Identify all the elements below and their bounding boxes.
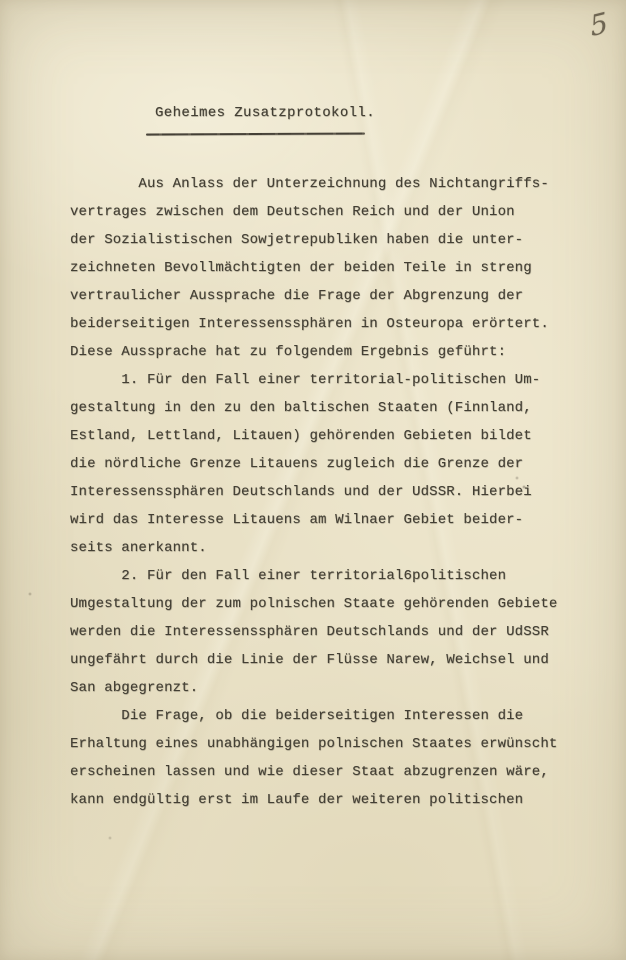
text-line: seits anerkannt. [70,534,557,562]
text-line: werden die Interessenssphären Deutschlan… [70,618,557,646]
text-line: Aus Anlass der Unterzeichnung des Nichta… [70,170,557,198]
text-line: vertrages zwischen dem Deutschen Reich u… [70,198,557,226]
document-page: 5 Geheimes Zusatzprotokoll. Aus Anlass d… [0,0,626,960]
text-line: 2. Für den Fall einer territorial6politi… [70,562,557,590]
handwritten-page-number: 5 [588,6,610,43]
text-line: wird das Interesse Litauens am Wilnaer G… [70,506,557,534]
text-line: Erhaltung eines unabhängigen polnischen … [70,730,557,758]
text-line: Estland, Lettland, Litauen) gehörenden G… [70,422,557,450]
text-line: 1. Für den Fall einer territorial-politi… [70,366,557,394]
text-line: die nördliche Grenze Litauens zugleich d… [70,450,557,478]
text-line: San abgegrenzt. [70,674,557,702]
text-line: kann endgültig erst im Laufe der weitere… [70,786,557,814]
text-line: beiderseitigen Interessenssphären in Ost… [70,310,557,338]
text-line: gestaltung in den zu den baltischen Staa… [70,394,557,422]
text-line: der Sozialistischen Sowjetrepubliken hab… [70,226,557,254]
text-line: Diese Aussprache hat zu folgendem Ergebn… [70,338,557,366]
text-line: Umgestaltung der zum polnischen Staate g… [70,590,557,618]
text-line: erscheinen lassen und wie dieser Staat a… [70,758,557,786]
document-body: Aus Anlass der Unterzeichnung des Nichta… [70,170,557,814]
title-underline [146,133,365,136]
text-line: Interessenssphären Deutschlands und der … [70,478,557,506]
text-line: Die Frage, ob die beiderseitigen Interes… [70,702,557,730]
text-line: ungefährt durch die Linie der Flüsse Nar… [70,646,557,674]
text-line: zeichneten Bevollmächtigten der beiden T… [70,254,557,282]
document-title: Geheimes Zusatzprotokoll. [155,105,375,121]
text-line: vertraulicher Aussprache die Frage der A… [70,282,557,310]
